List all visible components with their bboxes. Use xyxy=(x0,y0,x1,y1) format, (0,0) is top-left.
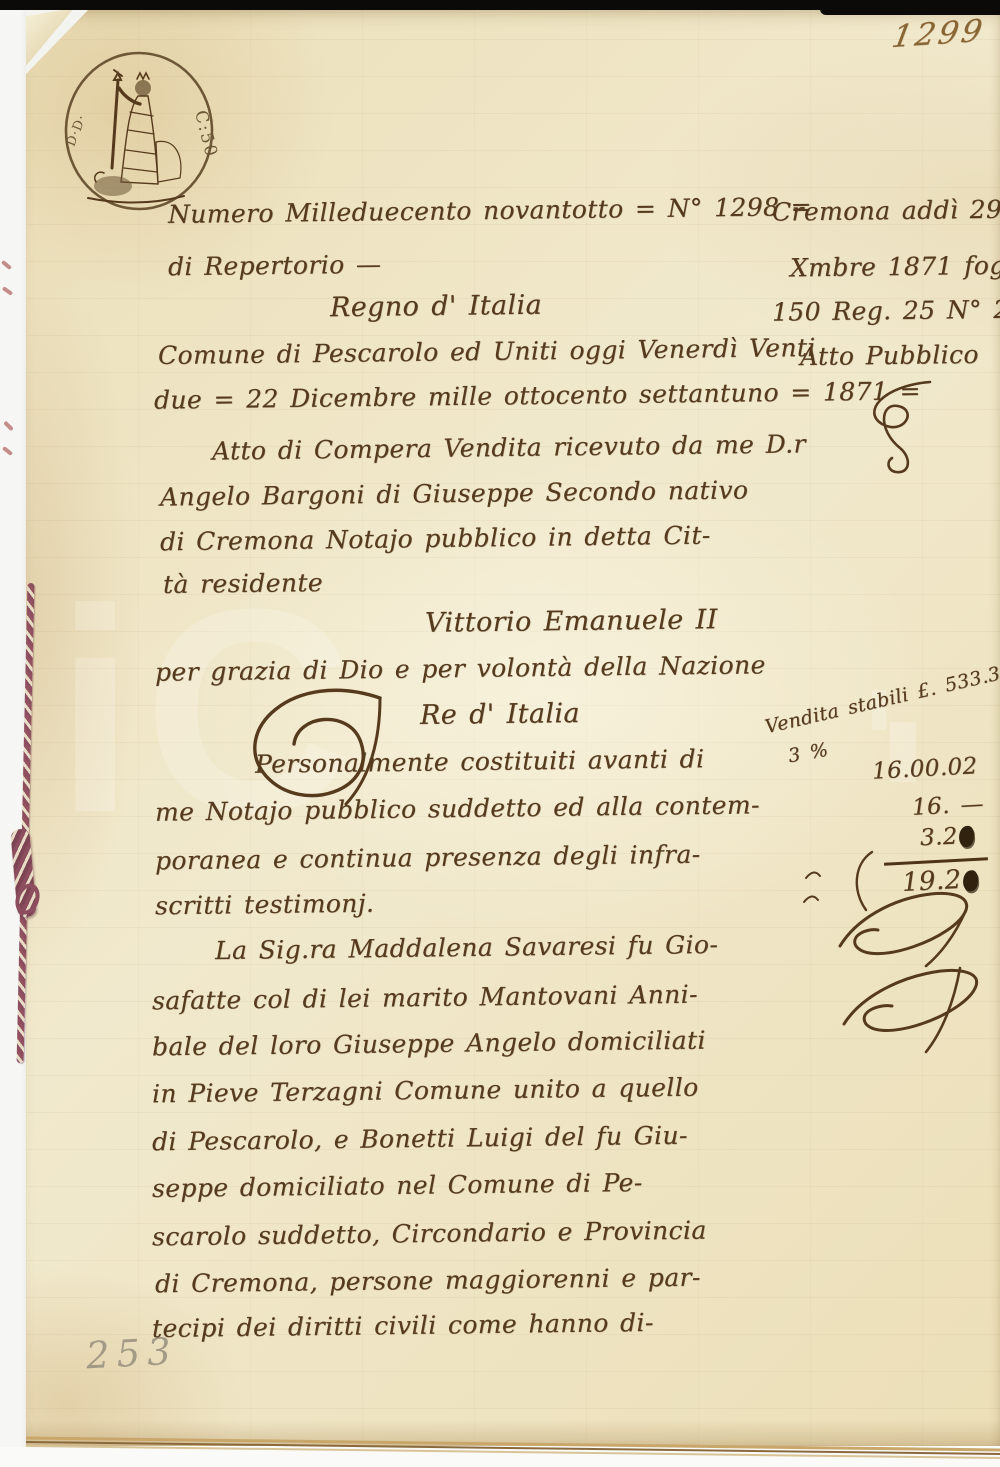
manuscript-line: Vittorio Emanuele II xyxy=(425,604,718,639)
margin-header-line: Xmbre 1871 fogl. xyxy=(790,251,1000,283)
cord-strand xyxy=(17,583,35,1063)
stamp-denomination: C:50 xyxy=(190,108,220,160)
tax-amount: 3.2 xyxy=(919,823,974,852)
margin-header-line: 150 Reg. 25 N° 211 xyxy=(772,294,1000,326)
manuscript-line: La Sig.ra Maddalena Savaresi fu Gio- xyxy=(215,930,719,965)
page-number: 1299 xyxy=(889,13,988,55)
manuscript-line: tà residente xyxy=(163,568,323,599)
margin-header-line: Cremona addì 29 X xyxy=(772,194,1000,226)
manuscript-line: seppe domiciliato nel Comune di Pe- xyxy=(152,1168,643,1203)
manuscript-line: di Repertorio — xyxy=(168,250,382,282)
scanned-notarial-deed: iC C:50 ·D·D· 1299 253 Numero Milleduece… xyxy=(0,0,1000,1467)
notary-paraph-icon xyxy=(852,372,944,484)
binding-cord xyxy=(14,583,40,1063)
manuscript-line: Regno d' Italia xyxy=(330,290,542,324)
scanner-top-strip-right xyxy=(820,0,1000,15)
tax-amount: 16.00.02 xyxy=(871,753,978,784)
manuscript-line: tecipi dei diritti civili come hanno di- xyxy=(152,1308,654,1343)
notary-paraph-icon xyxy=(834,948,1000,1058)
page-bottom-edges xyxy=(26,1432,1000,1462)
ink-blot xyxy=(958,826,974,848)
tax-amount-text: 3.2 xyxy=(919,823,958,851)
manuscript-line: scritti testimonj. xyxy=(155,889,375,921)
margin-header-line: Atto Pubblico xyxy=(800,340,979,371)
revenue-stamp-icon: C:50 ·D·D· xyxy=(58,46,220,218)
tax-amount: 16. — xyxy=(911,791,984,821)
capital-flourish-icon xyxy=(222,682,422,812)
manuscript-line: Re d' Italia xyxy=(420,698,580,731)
